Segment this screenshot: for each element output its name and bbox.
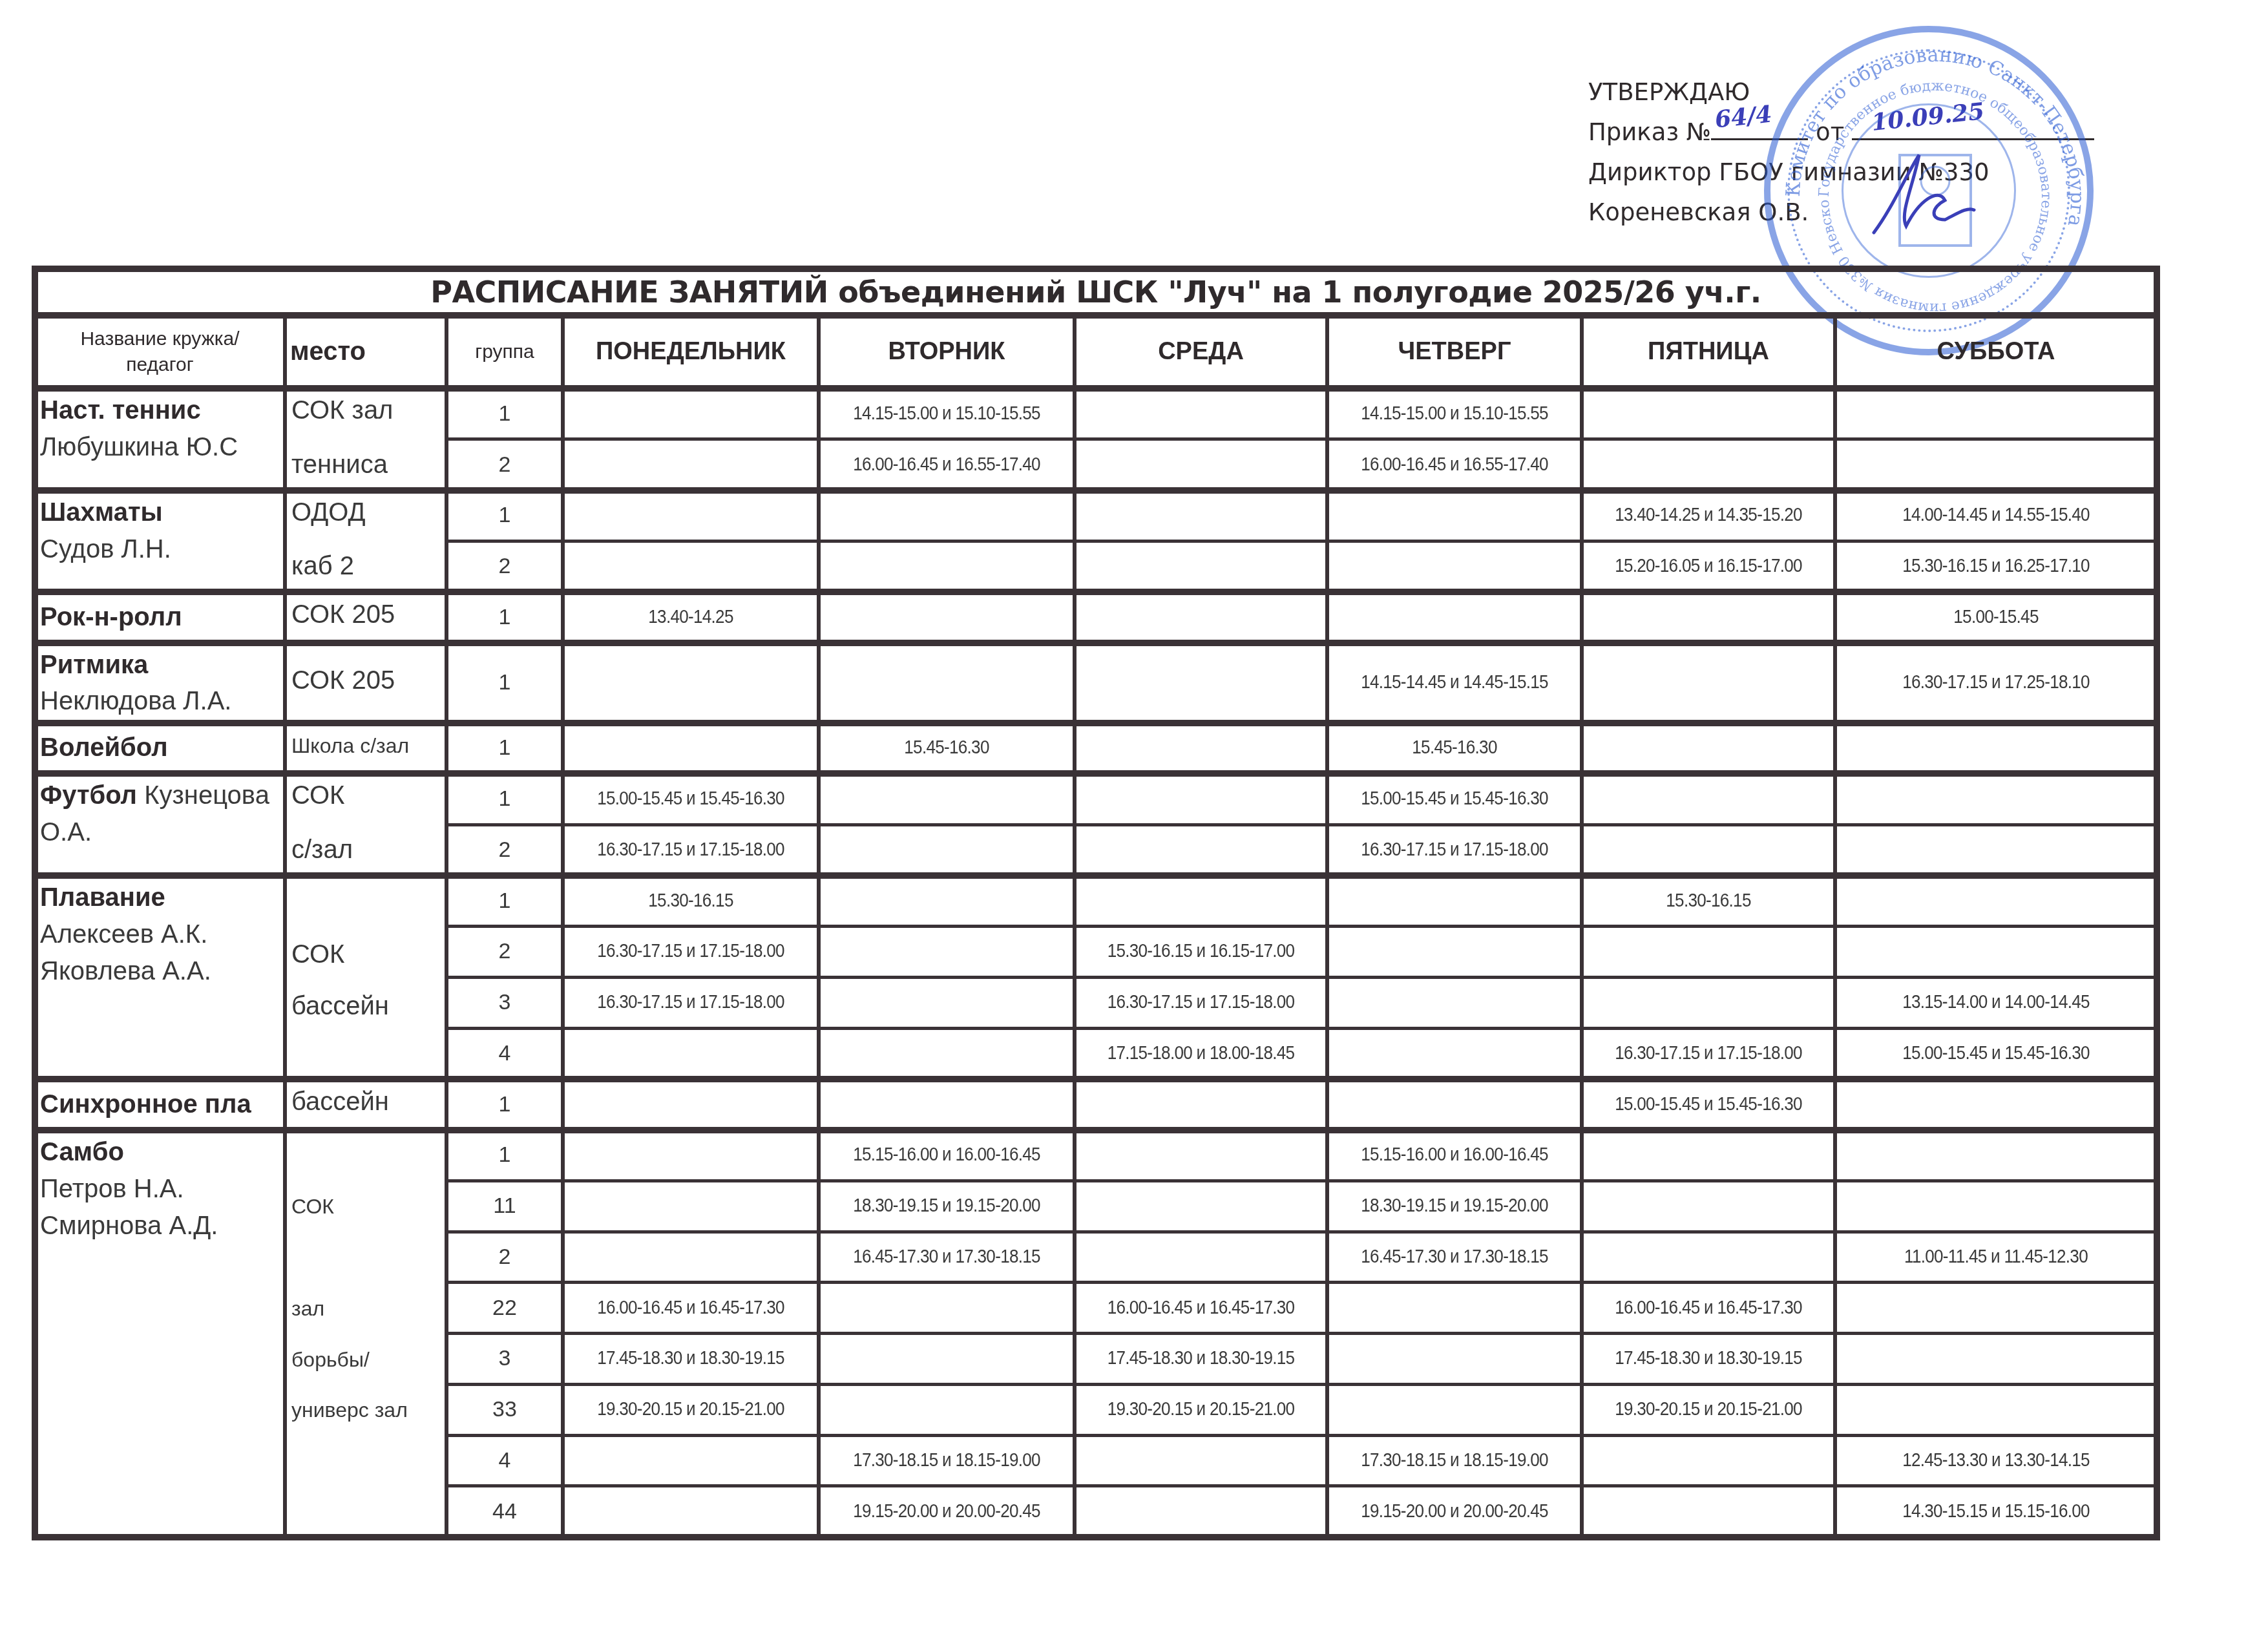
schedule-cell[interactable] [1851,1079,2141,1130]
schedule-cell[interactable] [832,927,1062,978]
grid-line-vertical [1073,313,1076,1539]
schedule-cell[interactable]: 15.30-16.15 [576,876,806,927]
grid-line-horizontal [445,1179,2159,1182]
teacher-name: Алексеев А.К. [40,920,207,949]
schedule-cell[interactable]: 17.45-18.30 и 18.30-19.15 [576,1334,806,1385]
club-cell: СамбоПетров Н.А.Смирнова А.Д. [35,1130,285,1537]
order-number: 64/4 [1713,94,1774,140]
schedule-cell[interactable] [1851,773,2141,824]
schedule-cell[interactable] [1851,439,2141,490]
schedule-cell[interactable]: 16.30-17.15 и 17.25-18.10 [1851,643,2141,723]
group-number: 1 [446,388,563,439]
schedule-cell[interactable]: 17.45-18.30 и 18.30-19.15 [1595,1334,1823,1385]
place-text: ОДОД [291,498,366,527]
place-text: СОК [291,1195,334,1219]
schedule-cell[interactable] [1851,824,2141,876]
schedule-cell[interactable] [832,490,1062,541]
header-day-4: ЧЕТВЕРГ [1327,315,1582,388]
schedule-cell[interactable] [1340,592,1570,643]
schedule-cell[interactable]: 15.45-16.30 [832,723,1062,774]
schedule-cell[interactable]: 16.30-17.15 и 17.15-18.00 [576,927,806,978]
schedule-cell[interactable] [832,1283,1062,1334]
group-number: 33 [446,1384,563,1435]
schedule-cell[interactable] [1595,1486,1823,1537]
grid-line-vertical [445,313,448,1539]
schedule-cell[interactable] [576,1486,806,1537]
group-number: 1 [446,1079,563,1130]
place-cell: СОК 205 [285,643,446,723]
schedule-cell[interactable] [576,1028,806,1079]
group-number: 1 [446,876,563,927]
place-text: универс зал [291,1398,408,1422]
club-cell: РитмикаНеклюдова Л.А. [35,643,285,723]
schedule-cell[interactable] [576,1435,806,1486]
order-number-field: 64/4 [1711,112,1808,140]
schedule-cell[interactable] [1087,773,1315,824]
director-name: Кореневская О.В. [1588,193,2094,233]
schedule-cell[interactable]: 19.30-20.15 и 20.15-21.00 [1595,1384,1823,1435]
grid-line-horizontal [32,385,2160,392]
schedule-cell[interactable] [1340,1079,1570,1130]
place-cell: СОКс/зал [285,773,446,876]
place-text: Школа с/зал [291,734,409,758]
schedule-cell[interactable] [1340,1028,1570,1079]
schedule-cell[interactable]: 14.15-15.00 и 15.10-15.55 [832,388,1062,439]
schedule-cell[interactable] [832,824,1062,876]
schedule-cell[interactable]: 15.15-16.00 и 16.00-16.45 [832,1130,1062,1181]
schedule-cell[interactable] [832,1079,1062,1130]
place-cell: СОКзалборьбы/универс зал [285,1130,446,1537]
teacher-name: Петров Н.А. [40,1175,184,1203]
schedule-cell[interactable] [1340,927,1570,978]
teacher-name: Яковлева А.А. [40,957,211,985]
header-group: группа [446,315,563,388]
teacher-name: Смирнова А.Д. [40,1212,218,1240]
schedule-cell[interactable] [1851,1384,2141,1435]
schedule-cell[interactable]: 15.15-16.00 и 16.00-16.45 [1340,1130,1570,1181]
group-number: 1 [446,723,563,774]
teacher-name: Неклюдова Л.А. [40,687,231,715]
schedule-cell[interactable]: 15.30-16.15 и 16.25-17.10 [1851,541,2141,592]
header-day-6: СУББОТА [1835,315,2157,388]
club-name: Рок-н-ролл [40,599,182,636]
group-number: 4 [446,1435,563,1486]
grid-line-horizontal [32,770,2160,777]
club-name: Наст. теннис [40,396,201,425]
schedule-cell[interactable]: 15.30-16.15 [1595,876,1823,927]
club-name: Ритмика [40,651,148,679]
schedule-cell[interactable]: 15.20-16.05 и 16.15-17.00 [1595,541,1823,592]
schedule-cell[interactable] [576,439,806,490]
grid-line-horizontal [445,925,2159,928]
grid-line-horizontal [445,823,2159,826]
director-line: Дириктор ГБОУ гимназии №330 [1588,152,2094,193]
club-name: Плавание [40,883,165,912]
order-date-label: от [1816,118,1844,146]
group-number: 2 [446,927,563,978]
schedule-cell[interactable]: 16.00-16.45 и 16.55-17.40 [1340,439,1570,490]
group-number: 11 [446,1181,563,1232]
place-cell: ОДОДкаб 2 [285,490,446,593]
schedule-cell[interactable] [576,490,806,541]
schedule-cell[interactable]: 15.00-15.45 и 15.45-16.30 [1851,1028,2141,1079]
schedule-cell[interactable] [1340,876,1570,927]
schedule-cell[interactable]: 19.30-20.15 и 20.15-21.00 [1087,1384,1315,1435]
schedule-cell[interactable] [1595,1232,1823,1283]
schedule-cell[interactable]: 19.30-20.15 и 20.15-21.00 [576,1384,806,1435]
schedule-cell[interactable]: 16.45-17.30 и 17.30-18.15 [1340,1232,1570,1283]
grid-line-horizontal [32,589,2160,595]
schedule-cell[interactable] [832,773,1062,824]
schedule-cell[interactable]: 16.00-16.45 и 16.45-17.30 [576,1283,806,1334]
place-text: зал [291,1297,324,1321]
schedule-cell[interactable] [576,388,806,439]
schedule-cell[interactable]: 14.15-15.00 и 15.10-15.55 [1340,388,1570,439]
schedule-cell[interactable] [1087,824,1315,876]
grid-line-horizontal [445,437,2159,441]
schedule-cell[interactable]: 13.15-14.00 и 14.00-14.45 [1851,977,2141,1028]
schedule-cell[interactable]: 15.00-15.45 и 15.45-16.30 [1595,1079,1823,1130]
grid-line-horizontal [32,720,2160,726]
schedule-cell[interactable] [832,643,1062,723]
schedule-cell[interactable] [1595,1181,1823,1232]
schedule-cell[interactable] [1087,643,1315,723]
schedule-cell[interactable] [1087,541,1315,592]
schedule-cell[interactable] [1087,1130,1315,1181]
schedule-cell[interactable] [1087,723,1315,774]
schedule-cell[interactable]: 18.30-19.15 и 19.15-20.00 [832,1181,1062,1232]
teacher-name: Любушкина Ю.С [40,433,238,461]
schedule-cell[interactable] [576,723,806,774]
grid-line-horizontal [32,1127,2160,1133]
schedule-cell[interactable]: 17.15-18.00 и 18.00-18.45 [1087,1028,1315,1079]
place-text: бассейн [291,1087,389,1117]
grid-line-horizontal [32,312,2160,319]
schedule-cell[interactable]: 17.30-18.15 и 18.15-19.00 [1340,1435,1570,1486]
order-line: Приказ №64/4 от 10.09.25 [1588,112,2094,152]
place-text: СОК [291,940,344,969]
group-number: 1 [446,592,563,643]
schedule-cell[interactable] [832,1028,1062,1079]
schedule-cell[interactable]: 19.15-20.00 и 20.00-20.45 [832,1486,1062,1537]
schedule-cell[interactable] [832,592,1062,643]
schedule-cell[interactable] [1595,1435,1823,1486]
group-number: 1 [446,643,563,723]
approval-heading: УТВЕРЖДАЮ [1588,72,2094,112]
schedule-cell[interactable] [1340,490,1570,541]
schedule-cell[interactable] [1595,1130,1823,1181]
group-number: 1 [446,773,563,824]
grid-line-horizontal [445,1434,2159,1437]
place-text: каб 2 [291,552,354,581]
place-text: СОК зал [291,396,393,425]
schedule-cell[interactable]: 15.00-15.45 и 15.45-16.30 [576,773,806,824]
schedule-cell[interactable] [1087,1079,1315,1130]
schedule-cell[interactable]: 14.00-14.45 и 14.55-15.40 [1851,490,2141,541]
schedule-cell[interactable]: 19.15-20.00 и 20.00-20.45 [1340,1486,1570,1537]
club-name: Футбол [40,781,137,810]
group-number: 22 [446,1283,563,1334]
schedule-cell[interactable] [1595,592,1823,643]
schedule-cell[interactable] [1340,541,1570,592]
club-cell: ПлаваниеАлексеев А.К.Яковлева А.А. [35,876,285,1079]
schedule-cell[interactable] [1595,824,1823,876]
group-number: 3 [446,1334,563,1385]
schedule-cell[interactable] [1340,977,1570,1028]
grid-line-horizontal [32,1534,2160,1540]
order-label: Приказ № [1588,118,1711,146]
group-number: 3 [446,977,563,1028]
schedule-cell[interactable] [1851,927,2141,978]
grid-line-vertical [561,313,565,1539]
club-name: Волейбол [40,730,168,766]
header-place: место [285,315,446,388]
schedule-cell[interactable]: 14.30-15.15 и 15.15-16.00 [1851,1486,2141,1537]
schedule-cell[interactable]: 15.00-15.45 [1851,592,2141,643]
schedule-cell[interactable]: 13.40-14.25 [576,592,806,643]
grid-line-horizontal [32,266,2160,272]
schedule-cell[interactable] [832,1334,1062,1385]
place-text: СОК 205 [291,600,395,629]
order-date-field: 10.09.25 [1852,112,2094,140]
grid-line-vertical [32,266,38,1540]
grid-line-horizontal [445,1383,2159,1386]
schedule-cell[interactable] [1595,723,1823,774]
schedule-cell[interactable] [1340,1334,1570,1385]
grid-line-horizontal [445,1027,2159,1030]
club-cell: Рок-н-ролл [35,592,285,643]
schedule-cell[interactable]: 17.30-18.15 и 18.15-19.00 [832,1435,1062,1486]
schedule-table: РАСПИСАНИЕ ЗАНЯТИЙ объединений ШСК "Луч"… [35,269,2157,1537]
place-cell: СОК залтенниса [285,388,446,490]
schedule-cell[interactable] [576,1079,806,1130]
schedule-cell[interactable] [1851,388,2141,439]
header-club: Название кружка/педагог [35,315,285,388]
schedule-cell[interactable] [1087,490,1315,541]
schedule-cell[interactable] [1087,876,1315,927]
club-cell: Наст. теннисЛюбушкина Ю.С [35,388,285,490]
place-text: СОК [291,781,344,810]
schedule-cell[interactable] [576,643,806,723]
group-number: 1 [446,1130,563,1181]
schedule-cell[interactable] [576,1232,806,1283]
grid-line-vertical [817,313,821,1539]
grid-line-horizontal [32,640,2160,646]
schedule-cell[interactable] [1851,1130,2141,1181]
group-number: 2 [446,824,563,876]
club-cell: ШахматыСудов Л.Н. [35,490,285,593]
schedule-cell[interactable] [1087,1232,1315,1283]
schedule-cell[interactable] [832,1384,1062,1435]
schedule-cell[interactable] [1087,592,1315,643]
schedule-cell[interactable] [832,876,1062,927]
schedule-cell[interactable] [576,1181,806,1232]
approval-block: УТВЕРЖДАЮ Приказ №64/4 от 10.09.25 Дирик… [1588,72,2094,233]
schedule-cell[interactable] [1851,1181,2141,1232]
schedule-cell[interactable] [1340,1384,1570,1435]
grid-line-horizontal [32,487,2160,494]
schedule-cell[interactable] [832,977,1062,1028]
grid-line-vertical [2154,266,2160,1540]
schedule-cell[interactable] [576,1130,806,1181]
group-number: 44 [446,1486,563,1537]
place-text: тенниса [291,450,388,479]
grid-line-horizontal [445,1484,2159,1487]
club-cell: Волейбол [35,723,285,774]
schedule-cell[interactable]: 16.00-16.45 и 16.45-17.30 [1595,1283,1823,1334]
grid-line-horizontal [445,1281,2159,1284]
grid-line-horizontal [445,540,2159,543]
schedule-cell[interactable]: 12.45-13.30 и 13.30-14.15 [1851,1435,2141,1486]
club-name: Самбо [40,1138,124,1166]
schedule-cell[interactable] [1087,388,1315,439]
schedule-cell[interactable]: 16.00-16.45 и 16.45-17.30 [1087,1283,1315,1334]
grid-line-vertical [283,313,287,1539]
grid-line-vertical [1833,313,1837,1539]
schedule-cell[interactable] [1087,1181,1315,1232]
schedule-cell[interactable] [1087,1486,1315,1537]
schedule-cell[interactable] [1851,723,2141,774]
schedule-cell[interactable] [576,541,806,592]
group-number: 2 [446,439,563,490]
schedule-cell[interactable]: 16.30-17.15 и 17.15-18.00 [576,824,806,876]
place-text: бассейн [291,992,389,1021]
schedule-cell[interactable]: 16.30-17.15 и 17.15-18.00 [1595,1028,1823,1079]
grid-line-horizontal [445,1332,2159,1335]
schedule-cell[interactable] [1087,1435,1315,1486]
schedule-cell[interactable] [1595,643,1823,723]
schedule-cell[interactable] [1595,977,1823,1028]
schedule-cell[interactable] [1340,1283,1570,1334]
teacher-name: Судов Л.Н. [40,535,171,563]
table-title: РАСПИСАНИЕ ЗАНЯТИЙ объединений ШСК "Луч"… [35,269,2157,315]
schedule-cell[interactable]: 15.30-16.15 и 16.15-17.00 [1087,927,1315,978]
schedule-cell[interactable] [1851,1283,2141,1334]
grid-line-horizontal [32,872,2160,879]
schedule-cell[interactable] [1595,927,1823,978]
schedule-cell[interactable]: 16.45-17.30 и 17.30-18.15 [832,1232,1062,1283]
club-cell: Футбол Кузнецова О.А. [35,773,285,876]
schedule-cell[interactable] [832,541,1062,592]
group-number: 2 [446,541,563,592]
schedule-cell[interactable] [1851,1334,2141,1385]
schedule-cell[interactable]: 16.30-17.15 и 17.15-18.00 [576,977,806,1028]
schedule-cell[interactable]: 13.40-14.25 и 14.35-15.20 [1595,490,1823,541]
schedule-cell[interactable]: 15.00-15.45 и 15.45-16.30 [1340,773,1570,824]
header-day-1: ПОНЕДЕЛЬНИК [563,315,819,388]
schedule-cell[interactable]: 17.45-18.30 и 18.30-19.15 [1087,1334,1315,1385]
schedule-cell[interactable] [1087,439,1315,490]
place-text: борьбы/ [291,1348,370,1372]
group-number: 4 [446,1028,563,1079]
grid-line-horizontal [445,976,2159,979]
header-day-5: ПЯТНИЦА [1582,315,1835,388]
schedule-cell[interactable] [1595,773,1823,824]
place-text: с/зал [291,835,353,865]
grid-line-horizontal [445,1230,2159,1234]
schedule-cell[interactable]: 16.30-17.15 и 17.15-18.00 [1087,977,1315,1028]
schedule-cell[interactable] [1595,439,1823,490]
place-text: СОК 205 [291,666,395,695]
grid-line-vertical [1580,313,1584,1539]
schedule-cell[interactable]: 16.30-17.15 и 17.15-18.00 [1340,824,1570,876]
schedule-cell[interactable] [1595,388,1823,439]
schedule-cell[interactable] [1851,876,2141,927]
club-name: Шахматы [40,498,163,527]
group-number: 1 [446,490,563,541]
grid-line-horizontal [32,1076,2160,1082]
schedule-cell[interactable]: 16.00-16.45 и 16.55-17.40 [832,439,1062,490]
place-cell: Школа с/зал [285,723,446,774]
club-cell: Синхронное пла [35,1079,285,1130]
schedule-cell[interactable]: 18.30-19.15 и 19.15-20.00 [1340,1181,1570,1232]
place-cell: СОК 205 [285,592,446,643]
grid-line-vertical [1325,313,1329,1539]
club-name: Синхронное пла [40,1086,251,1123]
group-number: 2 [446,1232,563,1283]
header-day-3: СРЕДА [1075,315,1327,388]
place-cell: СОКбассейн [285,876,446,1079]
place-cell: бассейн [285,1079,446,1130]
header-day-2: ВТОРНИК [819,315,1075,388]
schedule-cell[interactable]: 14.15-14.45 и 14.45-15.15 [1340,643,1570,723]
schedule-cell[interactable]: 15.45-16.30 [1340,723,1570,774]
schedule-cell[interactable]: 11.00-11.45 и 11.45-12.30 [1851,1232,2141,1283]
